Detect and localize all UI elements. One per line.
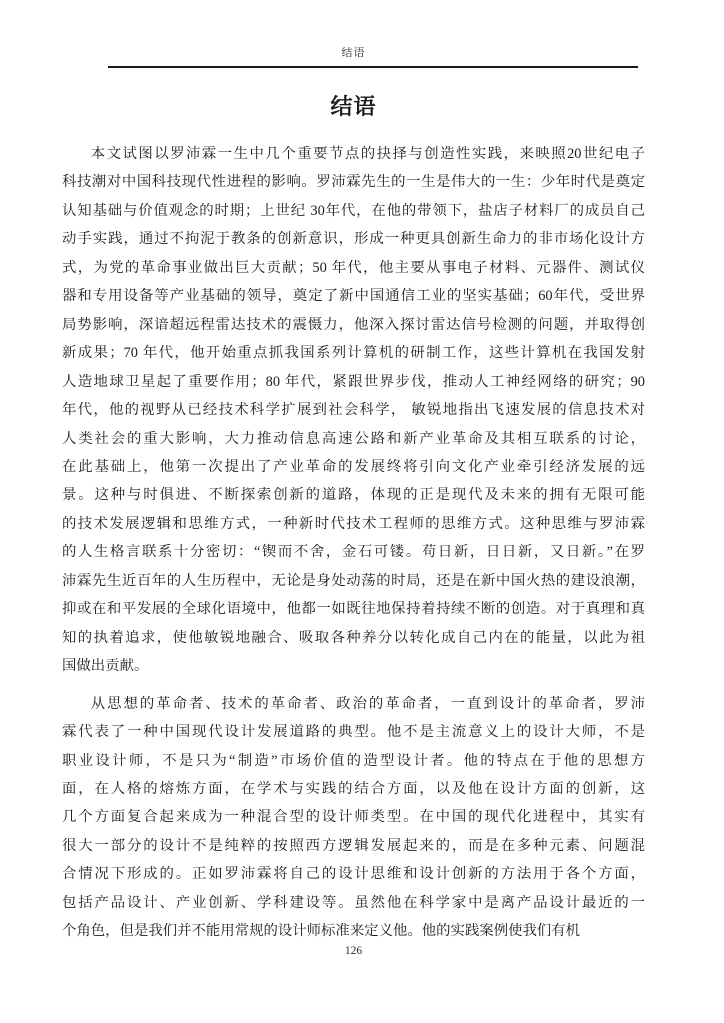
text-line: 人造地球卫星起了重要作用；80 年代，紧跟世界步伐，推动人工神经网络的研究；90 [62, 368, 645, 396]
text-line: 面，在人格的熔炼方面，在学术与实践的结合方面，以及他在设计方面的创新，这 [62, 775, 645, 803]
text-line: 景。这种与时俱进、不断探索创新的道路，体现的正是现代及未来的拥有无限可能 [62, 481, 645, 509]
text-line: 职业设计师，不是只为“制造”市场价值的造型设计者。他的特点在于他的思想方 [62, 747, 645, 775]
text-line: 很大一部分的设计不是纯粹的按照西方逻辑发展起来的，而是在多种元素、问题混 [62, 832, 645, 860]
text-line: 合情况下形成的。正如罗沛霖将自己的设计思维和设计创新的方法用于各个方面， [62, 860, 645, 888]
text-line: 局势影响，深谙超远程雷达技术的震慑力，他深入探讨雷达信号检测的问题，并取得创 [62, 311, 645, 339]
document-page: 结语 结语 本文试图以罗沛霖一生中几个重要节点的抉择与创造性实践，来映照20世纪… [0, 0, 724, 1023]
text-line: 抑或在和平发展的全球化语境中，他都一如既往地保持着持续不断的创造。对于真理和真 [62, 595, 645, 623]
body-text: 本文试图以罗沛霖一生中几个重要节点的抉择与创造性实践，来映照20世纪电子科技潮对… [62, 140, 645, 946]
text-line: 个角色，但是我们并不能用常规的设计师标准来定义他。他的实践案例使我们有机 [62, 917, 645, 945]
text-line: 的技术发展逻辑和思维方式，一种新时代技术工程师的思维方式。这种思维与罗沛霖 [62, 510, 645, 538]
header-rule [108, 66, 638, 68]
text-line: 新成果；70 年代，他开始重点抓我国系列计算机的研制工作，这些计算机在我国发射 [62, 339, 645, 367]
text-line: 年代，他的视野从已经技术科学扩展到社会科学， 敏锐地指出飞速发展的信息技术对 [62, 396, 645, 424]
text-line: 式，为党的革命事业做出巨大贡献；50 年代，他主要从事电子材料、元器件、测试仪 [62, 254, 645, 282]
text-line: 知的执着追求，使他敏锐地融合、吸取各种养分以转化成自己内在的能量，以此为祖 [62, 624, 645, 652]
text-line: 从思想的革命者、技术的革命者、政治的革命者，一直到设计的革命者，罗沛 [62, 690, 645, 718]
text-line: 科技潮对中国科技现代性进程的影响。罗沛霖先生的一生是伟大的一生：少年时代是奠定 [62, 168, 645, 196]
text-line: 霖代表了一种中国现代设计发展道路的典型。他不是主流意义上的设计大师，不是 [62, 718, 645, 746]
text-line: 沛霖先生近百年的人生历程中，无论是身处动荡的时局，还是在新中国火热的建设浪潮， [62, 567, 645, 595]
text-line: 认知基础与价值观念的时期；上世纪 30年代，在他的带领下，盐店子材料厂的成员自己 [62, 197, 645, 225]
text-line: 的人生格言联系十分密切：“锲而不舍，金石可镂。苟日新，日日新，又日新。”在罗 [62, 538, 645, 566]
text-line: 本文试图以罗沛霖一生中几个重要节点的抉择与创造性实践，来映照20世纪电子 [62, 140, 645, 168]
chapter-title: 结语 [62, 92, 645, 122]
text-line: 国做出贡献。 [62, 652, 645, 680]
running-header-title: 结语 [62, 46, 645, 60]
text-line: 几个方面复合起来成为一种混合型的设计师类型。在中国的现代化进程中，其实有 [62, 803, 645, 831]
paragraph-1: 本文试图以罗沛霖一生中几个重要节点的抉择与创造性实践，来映照20世纪电子科技潮对… [62, 140, 645, 681]
paragraph-2: 从思想的革命者、技术的革命者、政治的革命者，一直到设计的革命者，罗沛霖代表了一种… [62, 690, 645, 946]
page-number: 126 [62, 944, 645, 959]
text-line: 人类社会的重大影响，大力推动信息高速公路和新产业革命及其相互联系的讨论， [62, 425, 645, 453]
text-line: 在此基础上，他第一次提出了产业革命的发展终将引向文化产业牵引经济发展的远 [62, 453, 645, 481]
text-line: 器和专用设备等产业基础的领导，奠定了新中国通信工业的坚实基础；60年代，受世界 [62, 282, 645, 310]
text-line: 动手实践，通过不拘泥于教条的创新意识，形成一种更具创新生命力的非市场化设计方 [62, 225, 645, 253]
text-line: 包括产品设计、产业创新、学科建设等。虽然他在科学家中是离产品设计最近的一 [62, 889, 645, 917]
